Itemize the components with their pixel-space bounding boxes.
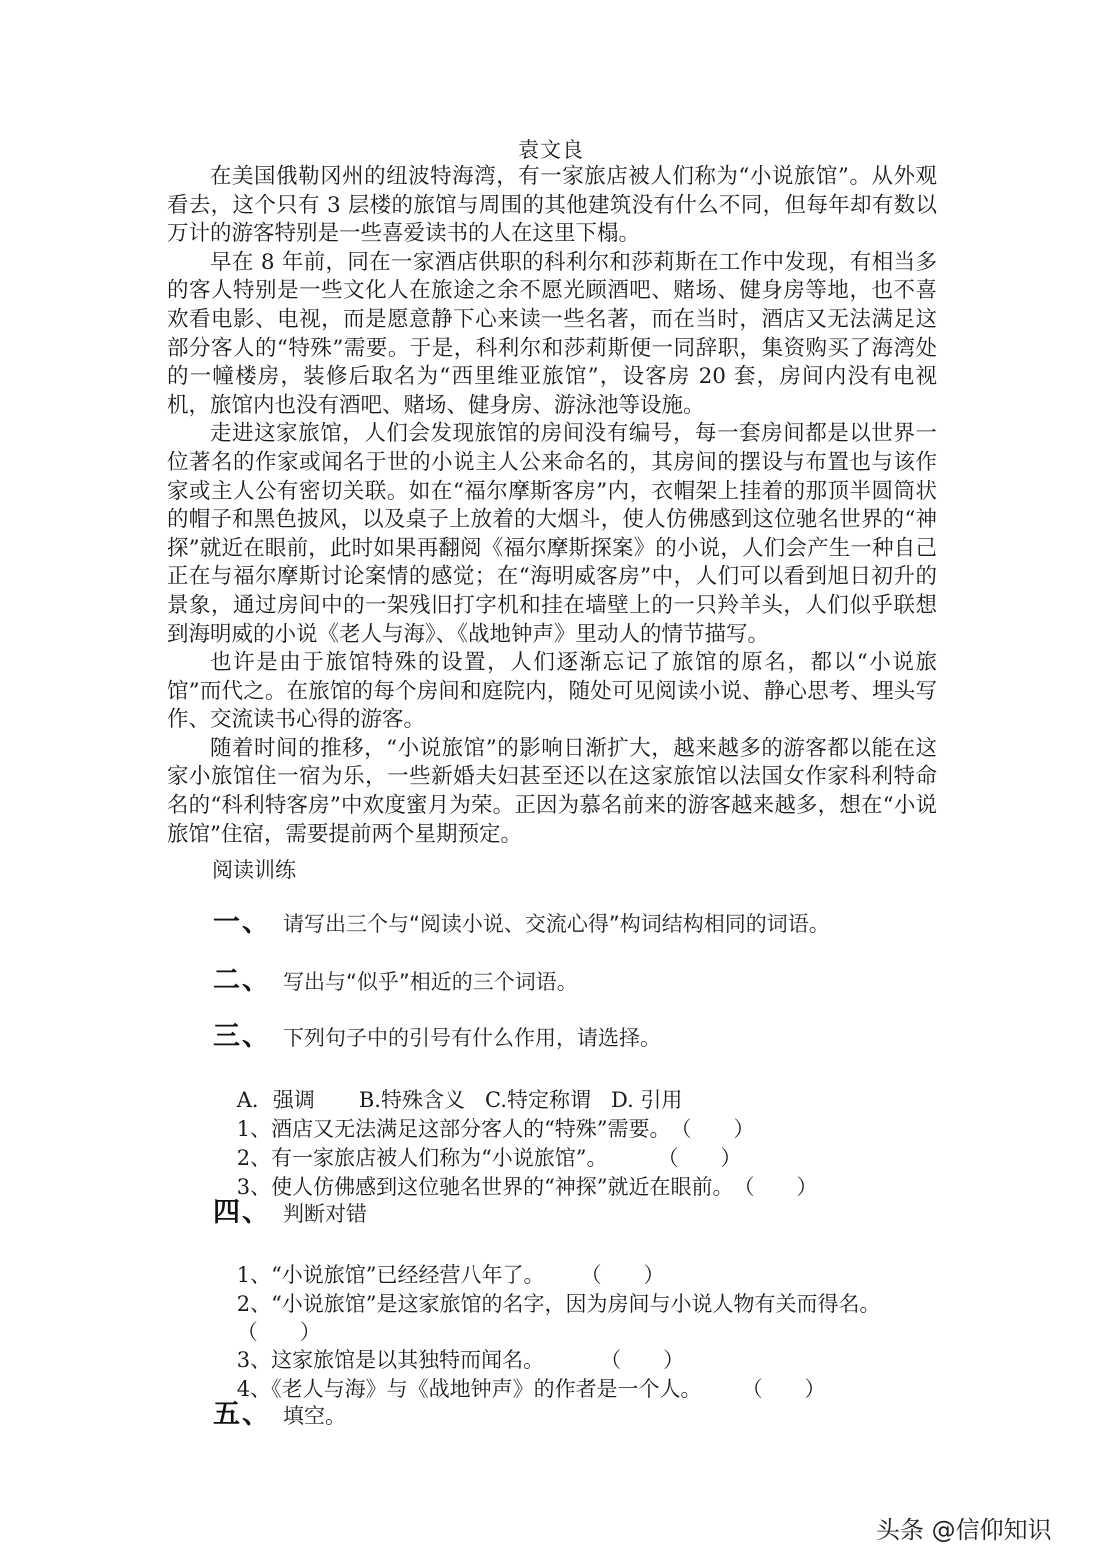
document-page: 袁文良 在美国俄勒冈州的纽波特海湾，有一家旅店被人们称为“小说旅馆”。从外观看去…	[0, 0, 1102, 1559]
question-2-heading: 二、 写出与“似乎”相近的三个词语。	[213, 958, 578, 997]
question-text: 判断对错	[283, 1200, 367, 1228]
question-1-heading: 一、 请写出三个与“阅读小说、交流心得”构词结构相同的词语。	[213, 900, 830, 939]
question-number: 一、	[213, 900, 283, 939]
question-number: 五、	[213, 1392, 283, 1431]
question-number: 四、	[213, 1190, 283, 1229]
question-text: 下列句子中的引号有什么作用，请选择。	[283, 1024, 661, 1052]
author-name: 袁文良	[0, 136, 1102, 164]
question-text: 写出与“似乎”相近的三个词语。	[283, 968, 578, 996]
question-5-heading: 五、 填空。	[213, 1392, 346, 1431]
item-text: 2、“小说旅馆”是这家旅馆的名字，因为房间与小说人物有关而得名。	[237, 1292, 881, 1316]
paragraph: 早在 8 年前，同在一家酒店供职的科利尔和莎莉斯在工作中发现，有相当多的客人特别…	[167, 249, 937, 421]
answer-blank[interactable]: （ ）	[734, 1173, 818, 1201]
source-watermark: 头条 @信仰知识	[876, 1510, 1052, 1545]
question-text: 填空。	[283, 1402, 346, 1430]
answer-blank[interactable]: （ ）	[742, 1375, 826, 1403]
reading-training-label: 阅读训练	[212, 856, 296, 884]
paragraph: 在美国俄勒冈州的纽波特海湾，有一家旅店被人们称为“小说旅馆”。从外观看去，这个只…	[167, 163, 937, 249]
paragraph: 也许是由于旅馆特殊的设置，人们逐渐忘记了旅馆的原名，都以“小说旅馆”而代之。在旅…	[167, 649, 937, 735]
question-number: 三、	[213, 1014, 283, 1053]
article-body: 在美国俄勒冈州的纽波特海湾，有一家旅店被人们称为“小说旅馆”。从外观看去，这个只…	[167, 163, 937, 849]
paragraph: 走进这家旅馆，人们会发现旅馆的房间没有编号，每一套房间都是以世界一位著名的作家或…	[167, 420, 937, 649]
question-3-heading: 三、 下列句子中的引号有什么作用，请选择。	[213, 1014, 661, 1053]
paragraph: 随着时间的推移，“小说旅馆”的影响日渐扩大，越来越多的游客都以能在这家小旅馆住一…	[167, 735, 937, 849]
question-4-heading: 四、 判断对错	[213, 1190, 367, 1229]
question-text: 请写出三个与“阅读小说、交流心得”构词结构相同的词语。	[283, 910, 830, 938]
question-number: 二、	[213, 958, 283, 997]
